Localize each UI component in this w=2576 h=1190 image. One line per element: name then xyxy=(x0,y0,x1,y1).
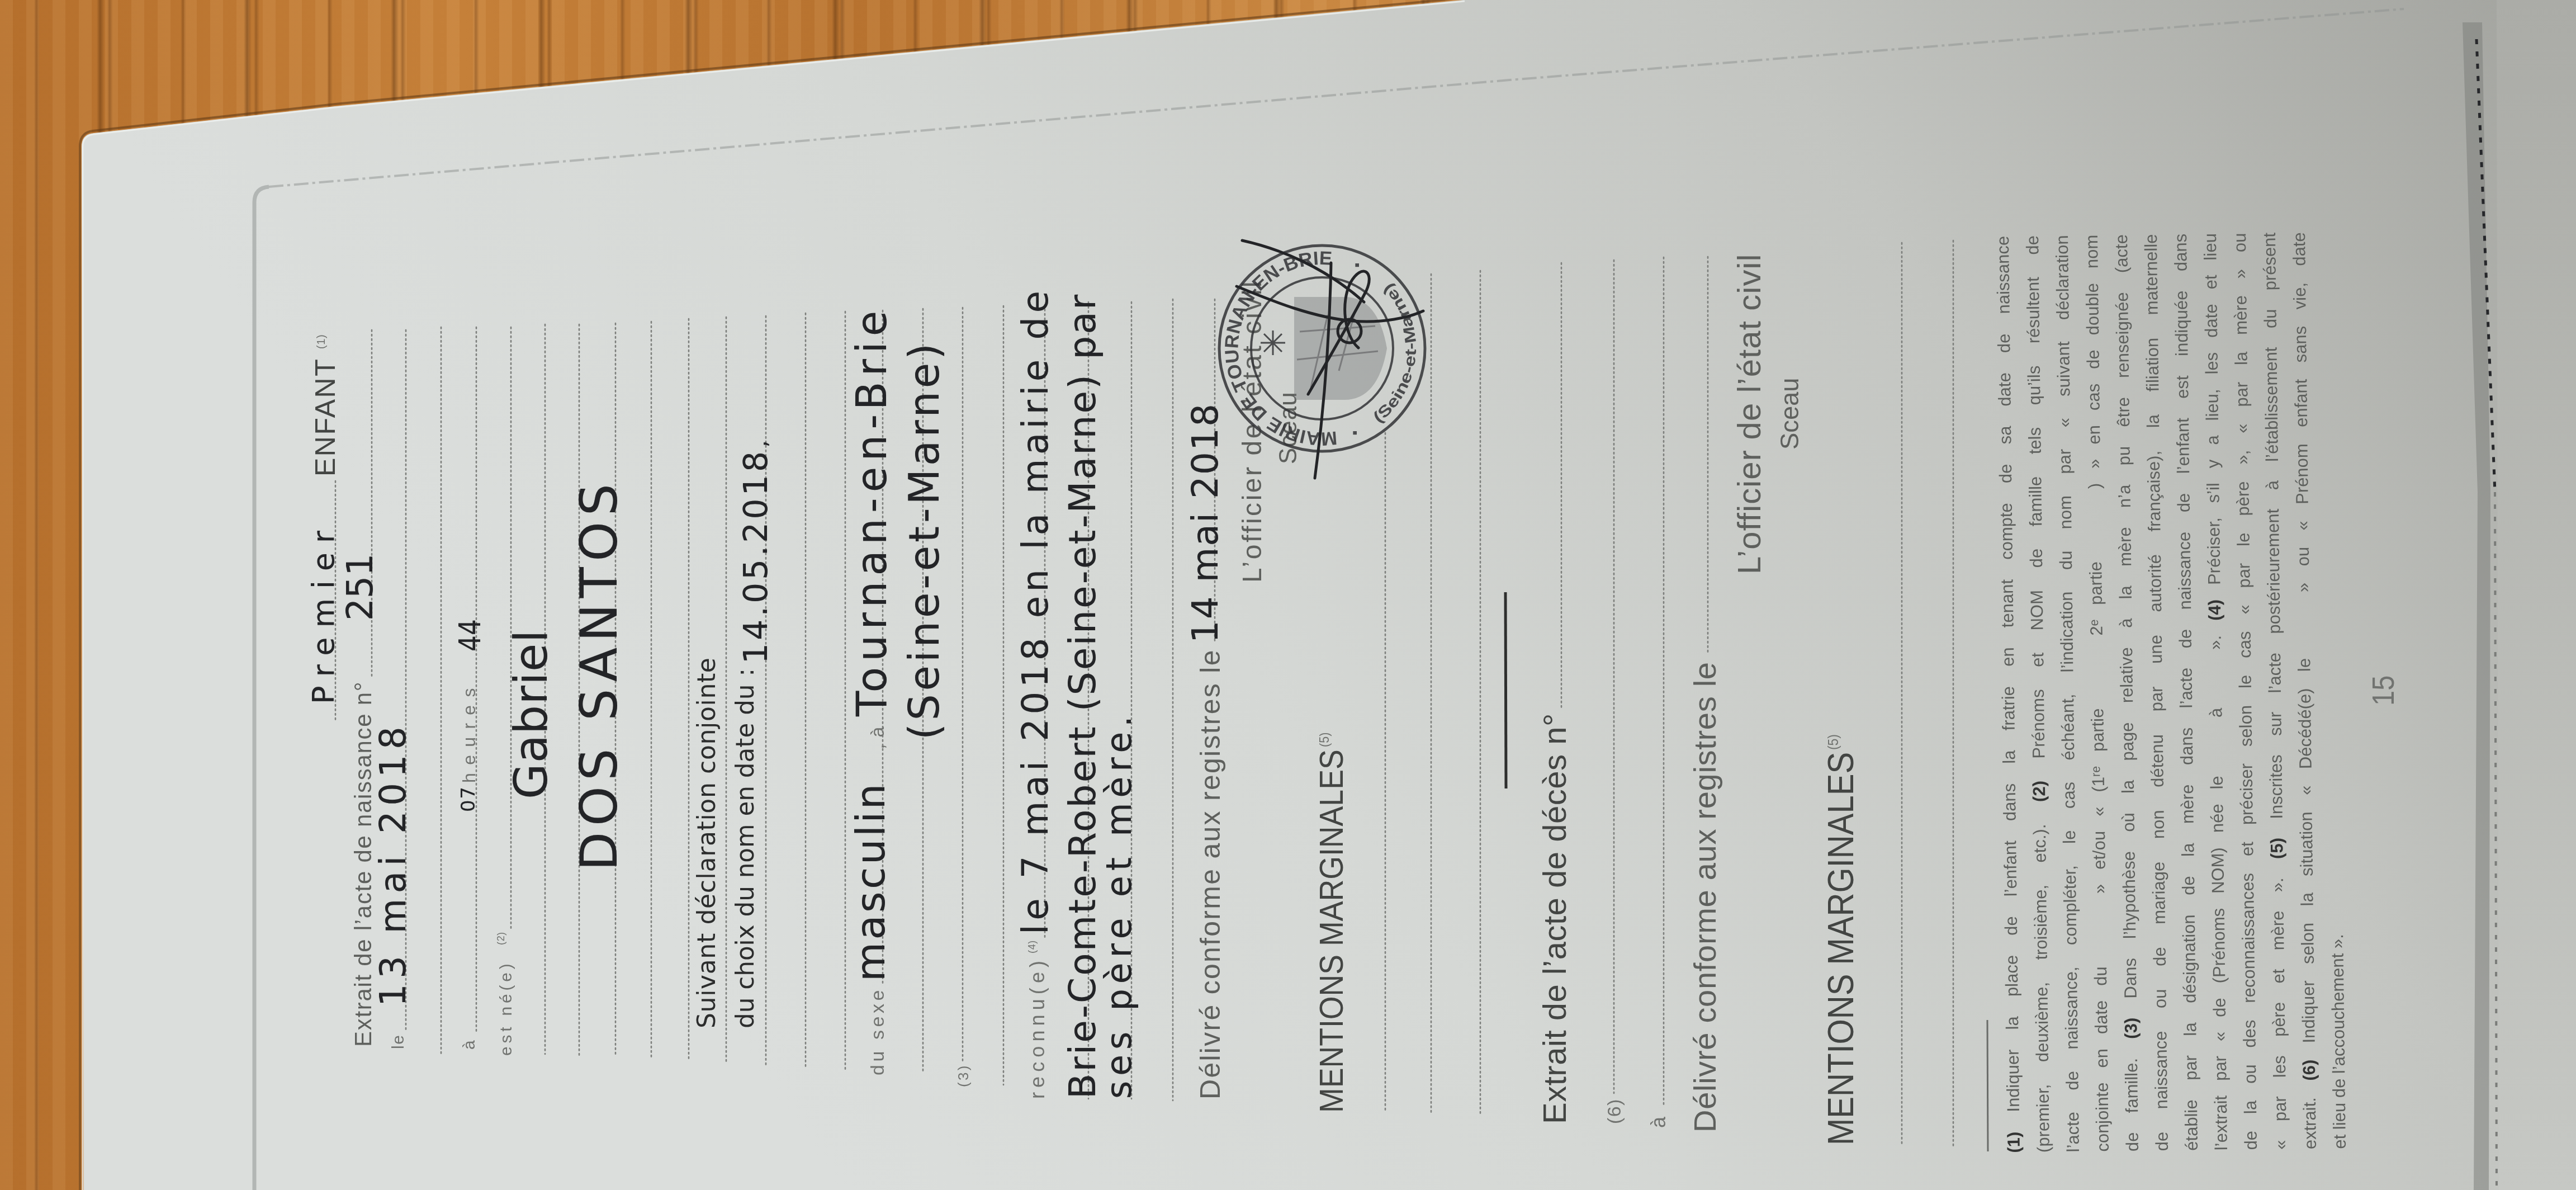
footnote-marker: (4) xyxy=(2205,599,2224,621)
first-name-value: Gabriel xyxy=(509,629,555,799)
hours-label: heures xyxy=(460,680,478,783)
seal-label: Sceau xyxy=(1276,391,1301,464)
footnote-ref-1: (1) xyxy=(316,334,327,349)
recognition-line-2: Brie-Comte-Robert (Seine-et-Marne) par xyxy=(1064,293,1101,1099)
page-number: 15 xyxy=(2367,676,2399,706)
footnote-marker: (2) xyxy=(2029,781,2049,802)
footnote-ref-2: (2) xyxy=(496,932,506,945)
act-number-value: 251 xyxy=(343,554,378,621)
officer-label: L’officier de l’état civil xyxy=(1239,280,1266,583)
birthplace-department: (Seine-et-Marne) xyxy=(904,340,945,740)
recognition-line-1: le 7 mai 2018 en la mairie de xyxy=(1018,287,1054,934)
footnote-ref-5: (5) xyxy=(1318,733,1332,747)
death-officer-label: L’officier de l’état civil xyxy=(1734,253,1766,574)
issued-date-value: 14 mai 2018 xyxy=(1188,403,1224,643)
recognition-label: reconnu(e) xyxy=(1027,956,1048,1099)
footnote-ref-6: (6) xyxy=(1605,1098,1624,1124)
recognition-line-3: ses père et mère. xyxy=(1102,711,1137,1099)
footnote-marker: (1) xyxy=(2004,1132,2024,1153)
name-declaration-line-2-label: du choix du nom en date du : xyxy=(733,668,758,1028)
birthplace-value: Tournan-en-Brie xyxy=(851,305,893,717)
birth-hour-value: 07 xyxy=(459,786,478,812)
death-seal-label: Sceau xyxy=(1777,378,1802,450)
last-name-value: DOS SANTOS xyxy=(575,478,625,871)
document-text: Premier ENFANT (1) Extrait de l’acte de … xyxy=(0,0,2576,1190)
death-place-label: à xyxy=(1649,1117,1669,1128)
birth-minutes-value: 44 xyxy=(455,619,485,651)
death-marginal-mentions-heading: MENTIONS MARGINALES xyxy=(1823,752,1859,1145)
issued-label: Délivré conforme aux registres le xyxy=(1196,649,1224,1099)
footnote-ref-4: (4) xyxy=(1027,940,1037,953)
footnote-marker: (5) xyxy=(2267,838,2286,859)
footnotes: (1) Indiquer la place de l’enfant dans l… xyxy=(1988,232,2355,1153)
birthplace-label: , à xyxy=(868,726,887,749)
born-label: est né(e) xyxy=(498,961,515,1056)
child-rank-value: Premier xyxy=(309,521,339,704)
time-place-label: à xyxy=(461,1040,478,1050)
birth-extract-title: Extrait de l’acte de naissance n° xyxy=(352,681,375,1047)
birth-date-value: 13 mai 2018 xyxy=(376,721,411,1007)
death-footnote-ref-5: (5) xyxy=(1826,734,1840,750)
child-label: ENFANT xyxy=(311,358,339,476)
sex-label: du sexe xyxy=(868,987,887,1075)
name-declaration-line-1: Suivant déclaration conjointe xyxy=(695,657,719,1028)
death-extract-title: Extrait de l’acte de décès n° xyxy=(1539,713,1571,1124)
death-issued-label: Délivré conforme aux registres le xyxy=(1689,662,1721,1132)
sex-value: masculin xyxy=(850,781,891,981)
footnote-marker: (3) xyxy=(2121,1018,2141,1039)
footnote-ref-3: (3) xyxy=(956,1064,970,1087)
date-label: le xyxy=(390,1035,407,1049)
name-declaration-comma: , xyxy=(748,440,770,447)
footnote-marker: (6) xyxy=(2299,1060,2319,1081)
marginal-mentions-heading: MENTIONS MARGINALES xyxy=(1315,749,1348,1113)
name-declaration-date-value: 14.05.2018 xyxy=(740,448,772,664)
